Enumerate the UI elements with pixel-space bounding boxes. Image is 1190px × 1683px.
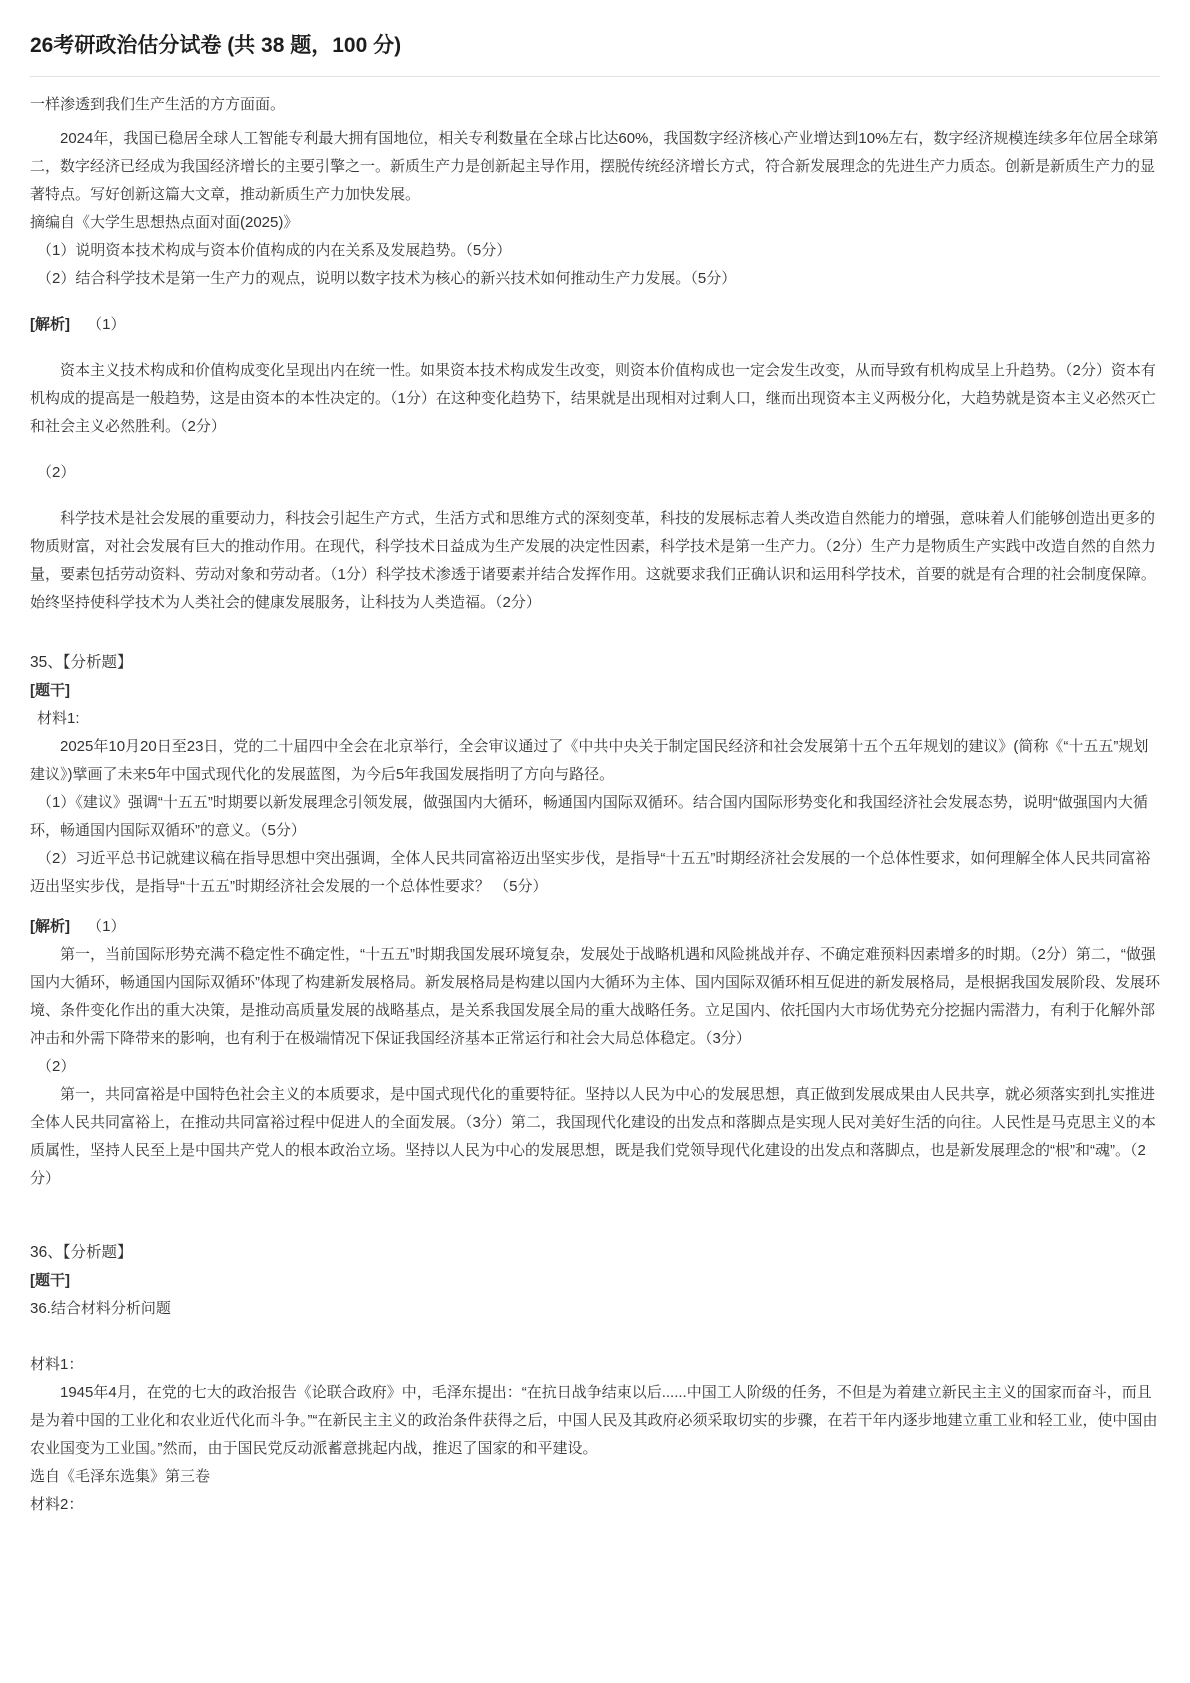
page-title: 26考研政治估分试卷 (共 38 题，100 分) bbox=[30, 32, 1160, 60]
question-36-section: 36、【分析题】 [题干] 36.结合材料分析问题 材料1： 1945年4月，在… bbox=[30, 1239, 1160, 1519]
analysis-heading: [解析] （1） bbox=[30, 913, 1160, 941]
analysis-label: [解析] bbox=[30, 918, 70, 935]
analysis-answer-1: 第一，当前国际形势充满不稳定性不确定性，“十五五”时期我国发展环境复杂，发展处于… bbox=[30, 941, 1160, 1053]
analysis-part-1-label: （1） bbox=[87, 918, 125, 935]
sub-question-2: （2）习近平总书记就建议稿在指导思想中突出强调，全体人民共同富裕迈出坚实步伐，是… bbox=[30, 845, 1160, 901]
sub-question-1: （1）《建议》强调“十五五”时期要以新发展理念引领发展，做强国内大循环，畅通国内… bbox=[30, 789, 1160, 845]
analysis-answer-2: 科学技术是社会发展的重要动力，科技会引起生产方式，生活方式和思维方式的深刻变革，… bbox=[30, 505, 1160, 617]
question-34-section: 一样渗透到我们生产生活的方方面面。 2024年，我国已稳居全球人工智能专利最大拥… bbox=[30, 91, 1160, 617]
analysis-part-1-label: （1） bbox=[87, 316, 125, 333]
material-1-label: 材料1: bbox=[30, 705, 1160, 733]
analysis-answer-2: 第一，共同富裕是中国特色社会主义的本质要求，是中国式现代化的重要特征。坚持以人民… bbox=[30, 1081, 1160, 1193]
question-35-section: 35、【分析题】 [题干] 材料1: 2025年10月20日至23日，党的二十届… bbox=[30, 649, 1160, 1193]
analysis-answer-1: 资本主义技术构成和价值构成变化呈现出内在统一性。如果资本技术构成发生改变，则资本… bbox=[30, 357, 1160, 441]
material-1-paragraph: 1945年4月，在党的七大的政治报告《论联合政府》中，毛泽东提出：“在抗日战争结… bbox=[30, 1379, 1160, 1463]
title-divider bbox=[30, 76, 1160, 77]
stem-label: [题干] bbox=[30, 677, 1160, 705]
analysis-part-2-label: （2） bbox=[30, 459, 1160, 487]
material-source: 摘编自《大学生思想热点面对面(2025)》 bbox=[30, 209, 1160, 237]
material-1-label: 材料1： bbox=[30, 1351, 1160, 1379]
analysis-heading: [解析] （1） bbox=[30, 311, 1160, 339]
question-number-title: 35、【分析题】 bbox=[30, 649, 1160, 677]
material-paragraph: 2024年，我国已稳居全球人工智能专利最大拥有国地位，相关专利数量在全球占比达6… bbox=[30, 125, 1160, 209]
analysis-part-2-label: （2） bbox=[30, 1053, 1160, 1081]
exam-document-page: 26考研政治估分试卷 (共 38 题，100 分) 一样渗透到我们生产生活的方方… bbox=[0, 0, 1190, 1683]
material-1-source: 选自《毛泽东选集》第三卷 bbox=[30, 1463, 1160, 1491]
question-number-title: 36、【分析题】 bbox=[30, 1239, 1160, 1267]
analysis-label: [解析] bbox=[30, 316, 70, 333]
material-continuation-line: 一样渗透到我们生产生活的方方面面。 bbox=[30, 91, 1160, 119]
sub-question-1: （1）说明资本技术构成与资本价值构成的内在关系及发展趋势。（5分） bbox=[30, 237, 1160, 265]
sub-question-2: （2）结合科学技术是第一生产力的观点，说明以数字技术为核心的新兴技术如何推动生产… bbox=[30, 265, 1160, 293]
question-intro: 36.结合材料分析问题 bbox=[30, 1295, 1160, 1323]
stem-label: [题干] bbox=[30, 1267, 1160, 1295]
material-2-label: 材料2： bbox=[30, 1491, 1160, 1519]
material-1-paragraph: 2025年10月20日至23日，党的二十届四中全会在北京举行，全会审议通过了《中… bbox=[30, 733, 1160, 789]
